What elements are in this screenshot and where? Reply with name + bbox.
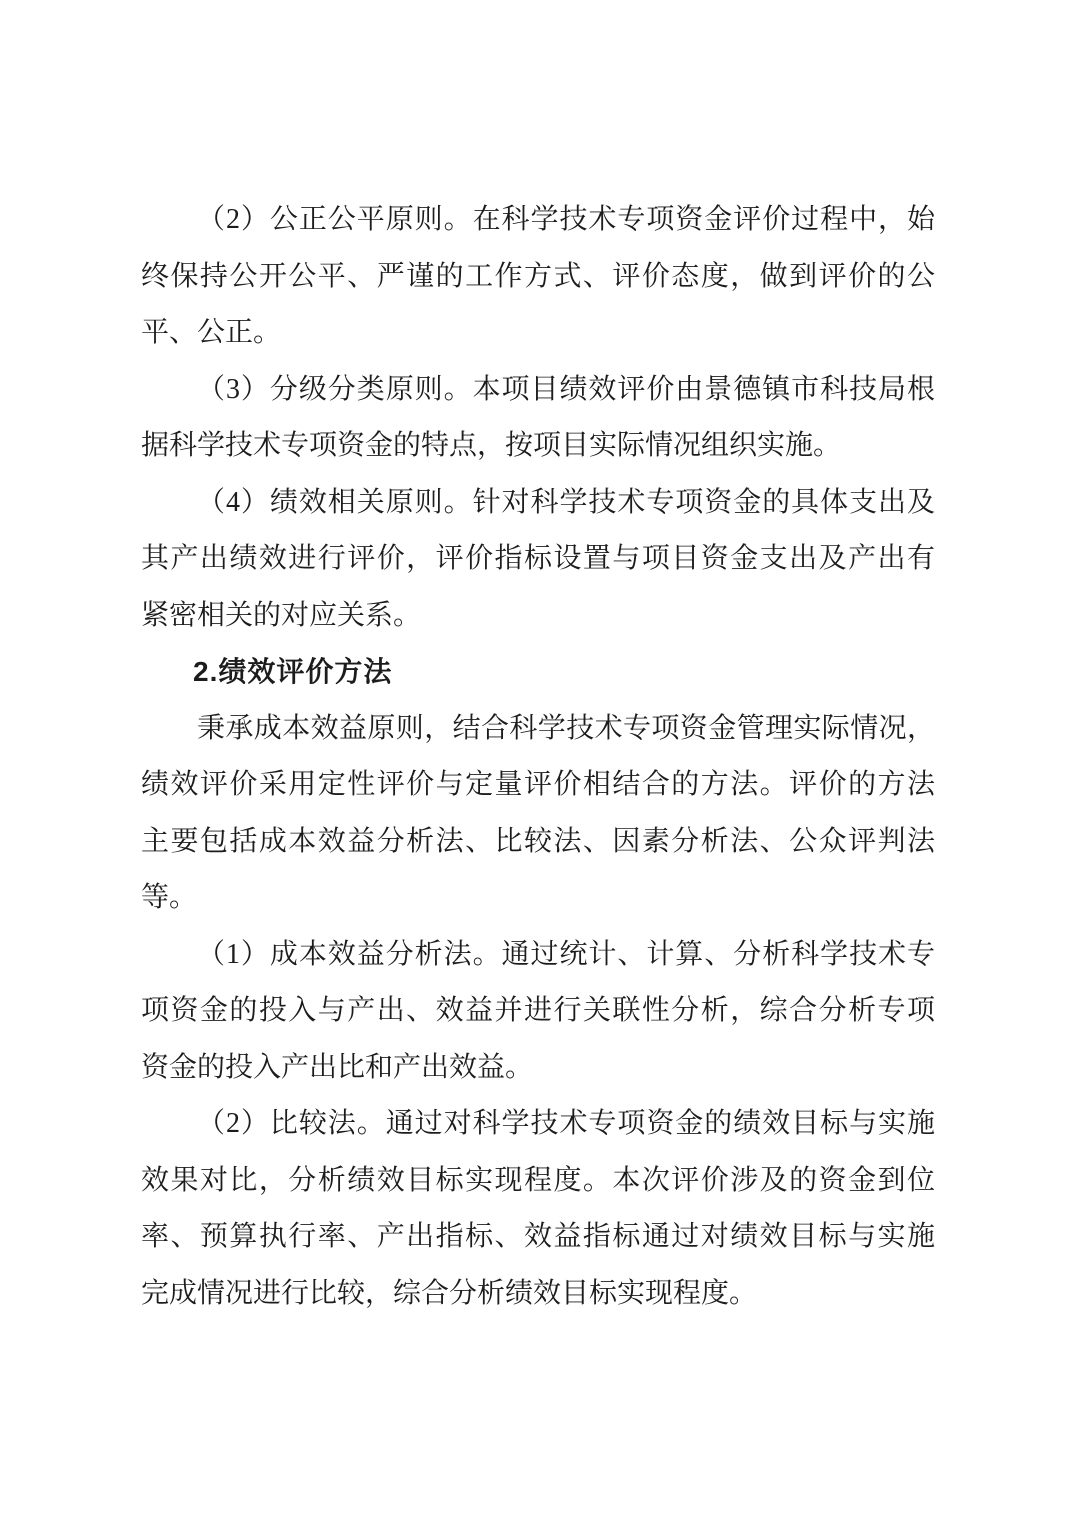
text-line: 项资金的投入与产出、效益并进行关联性分析，综合分析专项 (141, 983, 935, 1040)
text-line: （2）比较法。通过对科学技术专项资金的绩效目标与实施 (141, 1096, 935, 1153)
text-line: 主要包括成本效益分析法、比较法、因素分析法、公众评判法 (141, 814, 935, 871)
text-line: 据科学技术专项资金的特点，按项目实际情况组织实施。 (141, 418, 935, 475)
para-cost-benefit-analysis: （1）成本效益分析法。通过统计、计算、分析科学技术专项资金的投入与产出、效益并进… (141, 927, 935, 1097)
text-line: 平、公正。 (141, 305, 935, 362)
text-line: （1）成本效益分析法。通过统计、计算、分析科学技术专 (141, 927, 935, 984)
text-line: 等。 (141, 870, 935, 927)
para-principle-performance-relevance: （4）绩效相关原则。针对科学技术专项资金的具体支出及其产出绩效进行评价，评价指标… (141, 475, 935, 645)
text-line: （3）分级分类原则。本项目绩效评价由景德镇市科技局根 (141, 362, 935, 419)
para-methods-overview: 秉承成本效益原则，结合科学技术专项资金管理实际情况，绩效评价采用定性评价与定量评… (141, 701, 935, 927)
para-principle-classification: （3）分级分类原则。本项目绩效评价由景德镇市科技局根据科学技术专项资金的特点，按… (141, 362, 935, 475)
text-line: 率、预算执行率、产出指标、效益指标通过对绩效目标与实施 (141, 1209, 935, 1266)
text-line: 终保持公开公平、严谨的工作方式、评价态度，做到评价的公 (141, 249, 935, 306)
text-line: 紧密相关的对应关系。 (141, 588, 935, 645)
text-line: 效果对比，分析绩效目标实现程度。本次评价涉及的资金到位 (141, 1153, 935, 1210)
text-line: （2）公正公平原则。在科学技术专项资金评价过程中，始 (141, 192, 935, 249)
heading-evaluation-methods: 2.绩效评价方法 (141, 644, 935, 701)
text-line: 资金的投入产出比和产出效益。 (141, 1040, 935, 1097)
text-line: 绩效评价采用定性评价与定量评价相结合的方法。评价的方法 (141, 757, 935, 814)
text-line: 其产出绩效进行评价，评价指标设置与项目资金支出及产出有 (141, 531, 935, 588)
document-content: （2）公正公平原则。在科学技术专项资金评价过程中，始终保持公开公平、严谨的工作方… (141, 192, 935, 1322)
text-line: 秉承成本效益原则，结合科学技术专项资金管理实际情况， (141, 701, 935, 758)
document-page: （2）公正公平原则。在科学技术专项资金评价过程中，始终保持公开公平、严谨的工作方… (0, 0, 1074, 1520)
para-principle-fairness: （2）公正公平原则。在科学技术专项资金评价过程中，始终保持公开公平、严谨的工作方… (141, 192, 935, 362)
heading-line: 2.绩效评价方法 (141, 644, 935, 701)
text-line: （4）绩效相关原则。针对科学技术专项资金的具体支出及 (141, 475, 935, 532)
para-comparison-method: （2）比较法。通过对科学技术专项资金的绩效目标与实施效果对比，分析绩效目标实现程… (141, 1096, 935, 1322)
text-line: 完成情况进行比较，综合分析绩效目标实现程度。 (141, 1266, 935, 1323)
